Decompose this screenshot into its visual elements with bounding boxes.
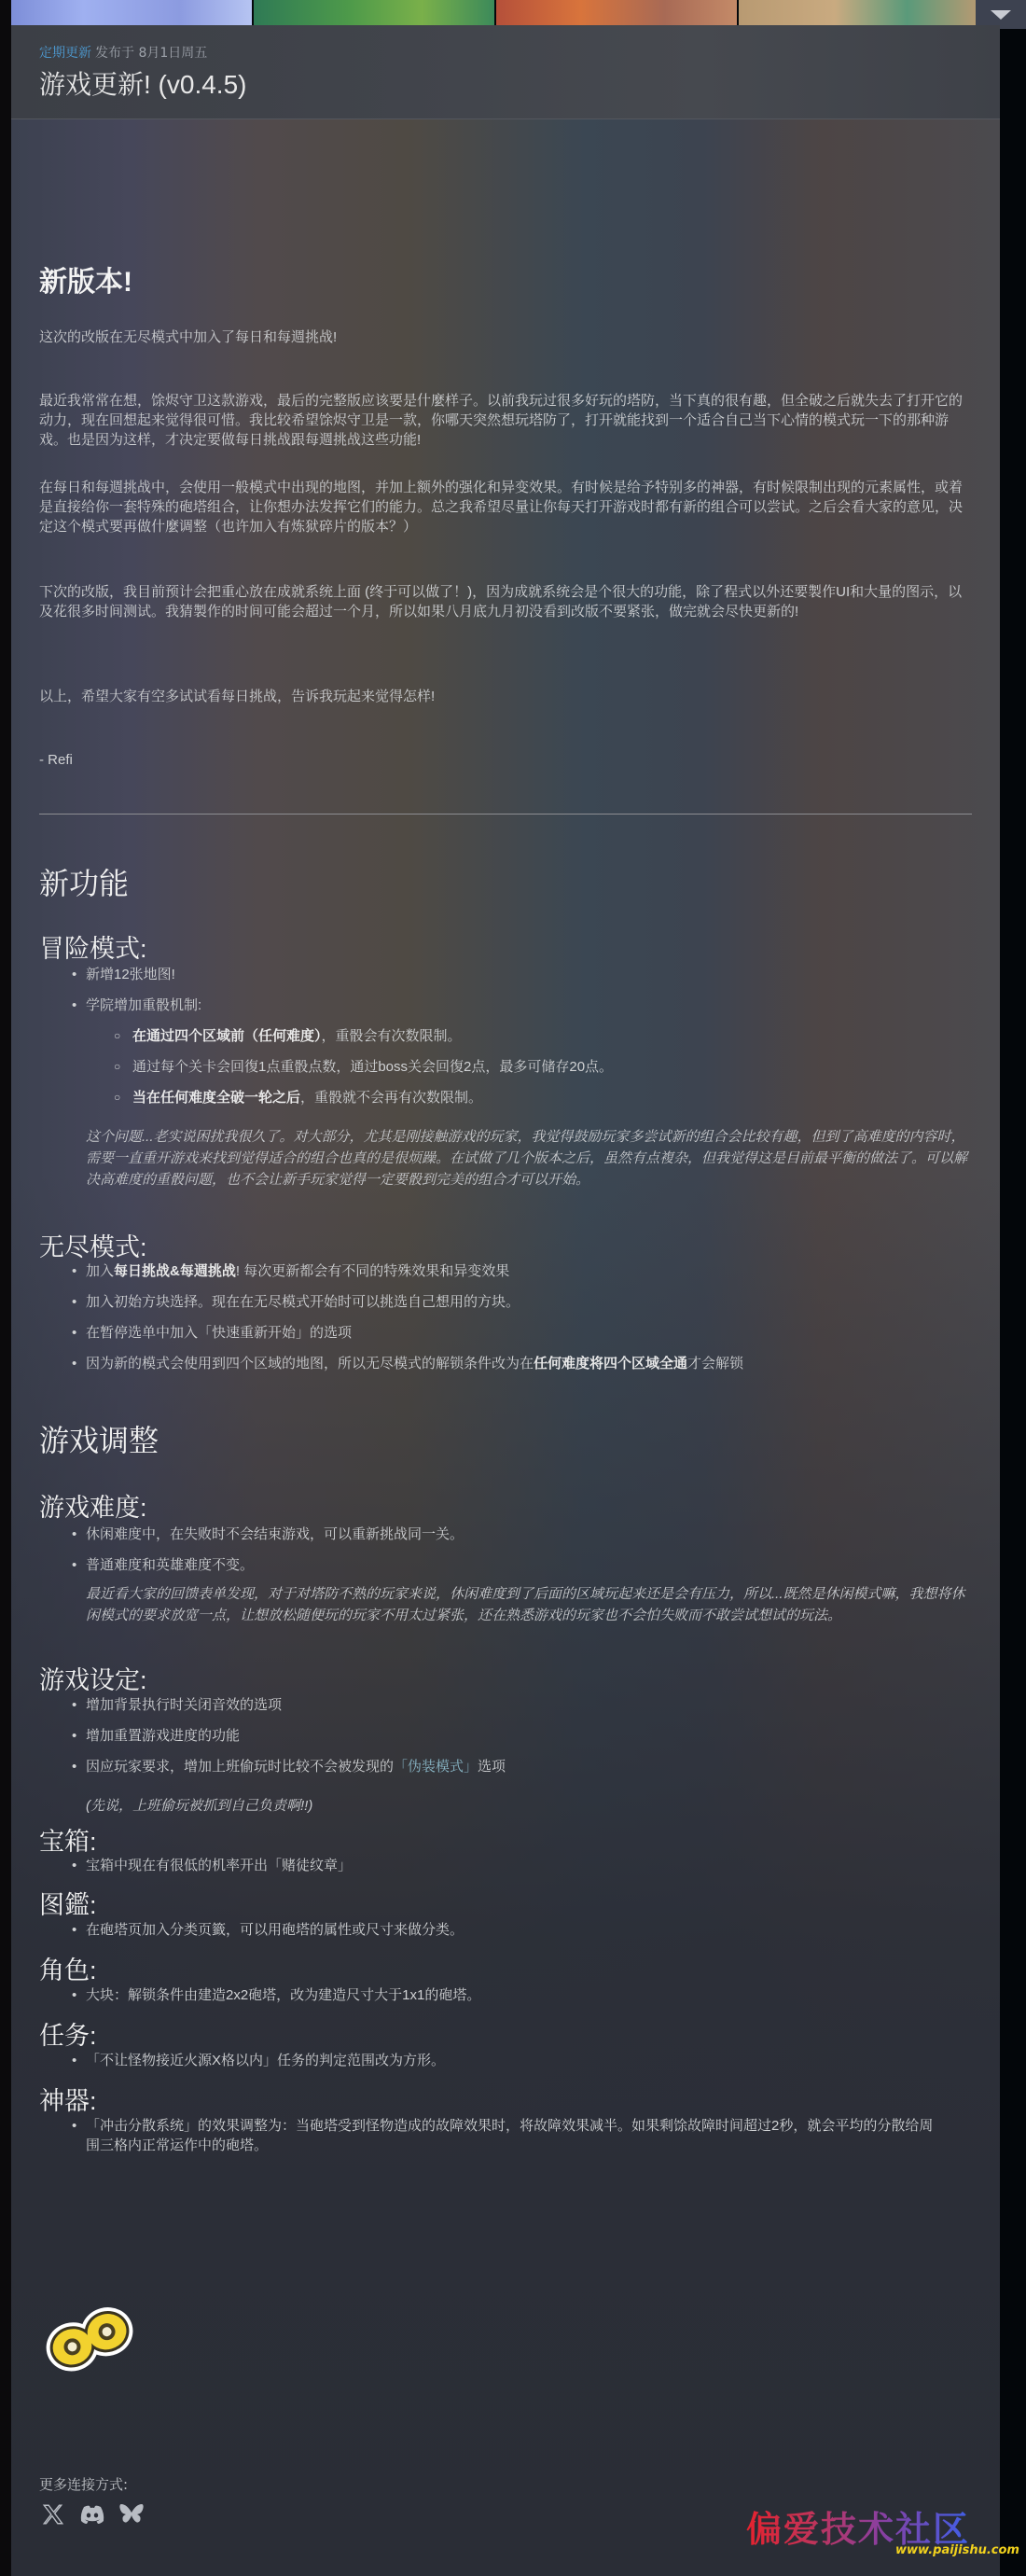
signature: - Refi [39,750,972,770]
list-item: •加入每日挑战&每週挑战! 每次更新都会有不同的特殊效果和异变效果 [39,1261,972,1281]
bullet-icon: • [72,1856,76,1875]
announcement-header: 定期更新发布于 8月1日周五 游戏更新! (v0.4.5) [11,25,1000,119]
endless-list: •加入每日挑战&每週挑战! 每次更新都会有不同的特殊效果和异变效果 •加入初始方… [39,1261,972,1373]
list-item: •因应玩家要求，增加上班偷玩时比较不会被发现的「伪装模式」选项 [39,1757,972,1776]
bullet-icon: • [72,1695,76,1715]
bullet-icon: • [72,1525,76,1544]
bullet-icon: • [72,1726,76,1746]
settings-note: (先说，上班偷玩被抓到自己负责啊!!) [86,1795,967,1817]
list-item: •宝箱中现在有很低的机率开出「赌徒纹章」 [39,1856,972,1875]
circle-bullet-icon: ○ [114,1088,120,1107]
banner-image[interactable] [11,0,252,25]
list-item: •因为新的模式会使用到四个区域的地图，所以无尽模式的解锁条件改为在任何难度将四个… [39,1354,972,1373]
heading-endless-mode: 无尽模式: [39,1227,147,1263]
artifact-list: •「冲击分散系统」的效果调整为：当砲塔受到怪物造成的故障效果时，将故障效果减半。… [39,2116,972,2155]
post-date: 发布于 8月1日周五 [95,46,207,61]
banner-image[interactable] [739,0,979,25]
heading-new-features: 新功能 [39,860,129,903]
list-item: •在砲塔页加入分类页籤，可以用砲塔的属性或尺寸来做分类。 [39,1920,972,1940]
category-link[interactable]: 定期更新 [39,46,91,61]
x-link[interactable] [39,2500,67,2528]
list-item: •增加背景执行时关闭音效的选项 [39,1695,972,1715]
list-item: •「不让怪物接近火源X格以内」任务的判定范围改为方形。 [39,2051,972,2070]
circle-bullet-icon: ○ [114,1026,120,1046]
intro-paragraph: 在每日和每週挑战中，会使用一般模式中出现的地图，并加上额外的强化和异变效果。有时… [39,478,972,536]
sub-list-item: ○通过每个关卡会回復1点重骰点数，通过boss关会回復2点，最多可储存20点。 [39,1057,972,1077]
bullet-icon: • [72,965,76,984]
discord-icon [79,2504,105,2525]
list-item: •增加重置游戏进度的功能 [39,1726,972,1746]
bullet-icon: • [72,1985,76,2005]
disguise-mode-link[interactable]: 「伪装模式」 [394,1759,478,1775]
chevron-down-icon [991,10,1011,20]
intro-paragraph: 最近我常常在想，馀烬守卫这款游戏，最后的完整版应该要是什麼样子。以前我玩过很多好… [39,391,972,450]
banner-image[interactable] [254,0,494,25]
watermark-url: www.paijishu.com [895,2543,1019,2557]
list-item: •新增12张地图! [39,965,972,984]
list-item: •在暂停选单中加入「快速重新开始」的选项 [39,1323,972,1343]
heading-game-adjustments: 游戏调整 [39,1417,159,1460]
difficulty-list: •休闲难度中，在失败时不会结束游戏，可以重新挑战同一关。 •普通难度和英雄难度不… [39,1525,972,1575]
heading-codex: 图鑑: [39,1885,97,1921]
bluesky-icon [118,2502,145,2527]
watermark: 偏爱技术社区 www.paijishu.com [746,2500,1017,2570]
adventure-note: 这个问题...老实说困扰我很久了。对大部分，尤其是刚接触游戏的玩家，我觉得鼓励玩… [86,1126,967,1191]
bullet-icon: • [72,1920,76,1940]
banner-image[interactable] [496,0,737,25]
game-logo-icon [41,2304,140,2377]
list-item: •休闲难度中，在失败时不会结束游戏，可以重新挑战同一关。 [39,1525,972,1544]
x-icon [41,2502,65,2527]
heading-quest: 任务: [39,2015,97,2052]
sub-list-item: ○当在任何难度全破一轮之后，重骰就不会再有次数限制。 [39,1088,972,1107]
bullet-icon: • [72,1323,76,1343]
circle-bullet-icon: ○ [114,1057,120,1077]
bullet-icon: • [72,1555,76,1575]
sub-list-item: ○在通过四个区域前（任何难度），重骰会有次数限制。 [39,1026,972,1046]
screenshot-banner [11,0,979,25]
bullet-icon: • [72,1757,76,1776]
list-item: •加入初始方块选择。现在在无尽模式开始时可以挑选自己想用的方块。 [39,1292,972,1312]
bullet-icon: • [72,2051,76,2070]
heading-difficulty: 游戏难度: [39,1487,147,1524]
announcement-panel: 定期更新发布于 8月1日周五 游戏更新! (v0.4.5) 新版本! 这次的改版… [11,25,1000,2576]
codex-list: •在砲塔页加入分类页籤，可以用砲塔的属性或尺寸来做分类。 [39,1920,972,1940]
bullet-icon: • [72,1354,76,1373]
bluesky-link[interactable] [118,2500,146,2528]
quest-list: •「不让怪物接近火源X格以内」任务的判定范围改为方形。 [39,2051,972,2070]
intro-paragraph: 这次的改版在无尽模式中加入了每日和每週挑战! [39,327,972,347]
post-meta: 定期更新发布于 8月1日周五 [39,43,207,62]
bullet-icon: • [72,996,76,1015]
page-title: 游戏更新! (v0.4.5) [39,64,246,102]
list-item: •大块：解锁条件由建造2x2砲塔，改为建造尺寸大于1x1的砲塔。 [39,1985,972,2005]
heading-character: 角色: [39,1950,97,1986]
discord-link[interactable] [78,2500,106,2528]
character-list: •大块：解锁条件由建造2x2砲塔，改为建造尺寸大于1x1的砲塔。 [39,1985,972,2005]
heading-artifact: 神器: [39,2081,97,2117]
intro-paragraph: 下次的改版，我目前预计会把重心放在成就系统上面 (终于可以做了！)，因为成就系统… [39,582,972,621]
chest-list: •宝箱中现在有很低的机率开出「赌徒纹章」 [39,1856,972,1875]
heading-new-version: 新版本! [39,258,132,299]
intro-paragraph: 以上，希望大家有空多试试看每日挑战，告诉我玩起来觉得怎样! [39,687,972,706]
adventure-list: •新增12张地图! •学院增加重骰机制: ○在通过四个区域前（任何难度），重骰会… [39,965,972,1107]
heading-adventure-mode: 冒险模式: [39,928,147,965]
social-links [39,2500,146,2528]
right-edge [1000,0,1026,2576]
left-edge [0,0,11,2576]
heading-settings: 游戏设定: [39,1660,147,1696]
more-links-label: 更多连接方式: [39,2474,128,2494]
settings-list: •增加背景执行时关闭音效的选项 •增加重置游戏进度的功能 •因应玩家要求，增加上… [39,1695,972,1776]
list-item: •普通难度和英雄难度不变。 [39,1555,972,1575]
list-item: •「冲击分散系统」的效果调整为：当砲塔受到怪物造成的故障效果时，将故障效果减半。… [39,2116,972,2155]
divider [39,814,972,815]
bullet-icon: • [72,2116,76,2136]
list-item: •学院增加重骰机制: [39,996,972,1015]
bullet-icon: • [72,1292,76,1312]
difficulty-note: 最近看大家的回馈表单发现，对于对塔防不熟的玩家来说，休闲难度到了后面的区域玩起来… [86,1583,967,1626]
heading-chest: 宝箱: [39,1821,97,1858]
bullet-icon: • [72,1261,76,1281]
